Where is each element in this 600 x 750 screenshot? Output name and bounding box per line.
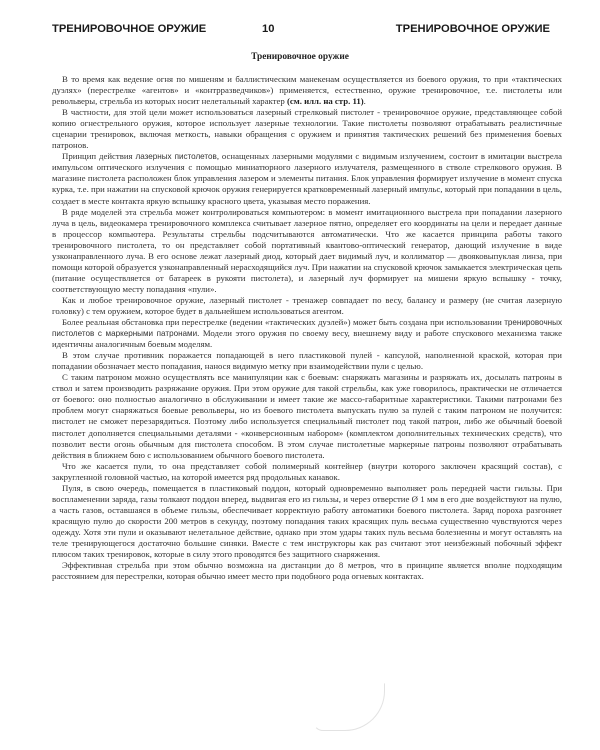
paragraph: Пуля, в свою очередь, помещается в пласт… bbox=[52, 483, 562, 560]
running-header: ТРЕНИРОВОЧНОЕ ОРУЖИЕ 10 ТРЕНИРОВОЧНОЕ ОР… bbox=[52, 23, 550, 39]
paragraph: В то время как ведение огня по мишеням и… bbox=[52, 74, 562, 107]
header-left-title: ТРЕНИРОВОЧНОЕ ОРУЖИЕ bbox=[52, 23, 206, 35]
body-text: В то время как ведение огня по мишеням и… bbox=[52, 74, 562, 582]
paragraph: В этом случае противник поражается попад… bbox=[52, 350, 562, 372]
page-number: 10 bbox=[262, 23, 274, 35]
header-right-title: ТРЕНИРОВОЧНОЕ ОРУЖИЕ bbox=[396, 23, 550, 35]
scan-artifact-arc bbox=[313, 683, 385, 731]
paragraph: Принцип действия лазерных пистолетов, ос… bbox=[52, 151, 562, 206]
paragraph: Более реальная обстановка при перестрелк… bbox=[52, 317, 562, 350]
paragraph: С таким патроном можно осуществлять все … bbox=[52, 372, 562, 460]
paragraph: Эффективная стрельба при этом обычно воз… bbox=[52, 560, 562, 582]
paragraph: Что же касается пули, то она представляе… bbox=[52, 461, 562, 483]
section-title: Тренировочное оружие bbox=[0, 52, 600, 62]
emphasized-term: лазерных пистолетов bbox=[136, 152, 217, 161]
paragraph: В частности, для этой цели может использ… bbox=[52, 107, 562, 151]
paragraph: Как и любое тренировочное оружие, лазерн… bbox=[52, 295, 562, 317]
illustration-reference: (см. илл. на стр. 11) bbox=[287, 96, 364, 106]
paragraph: В ряде моделей эта стрельба может контро… bbox=[52, 207, 562, 295]
